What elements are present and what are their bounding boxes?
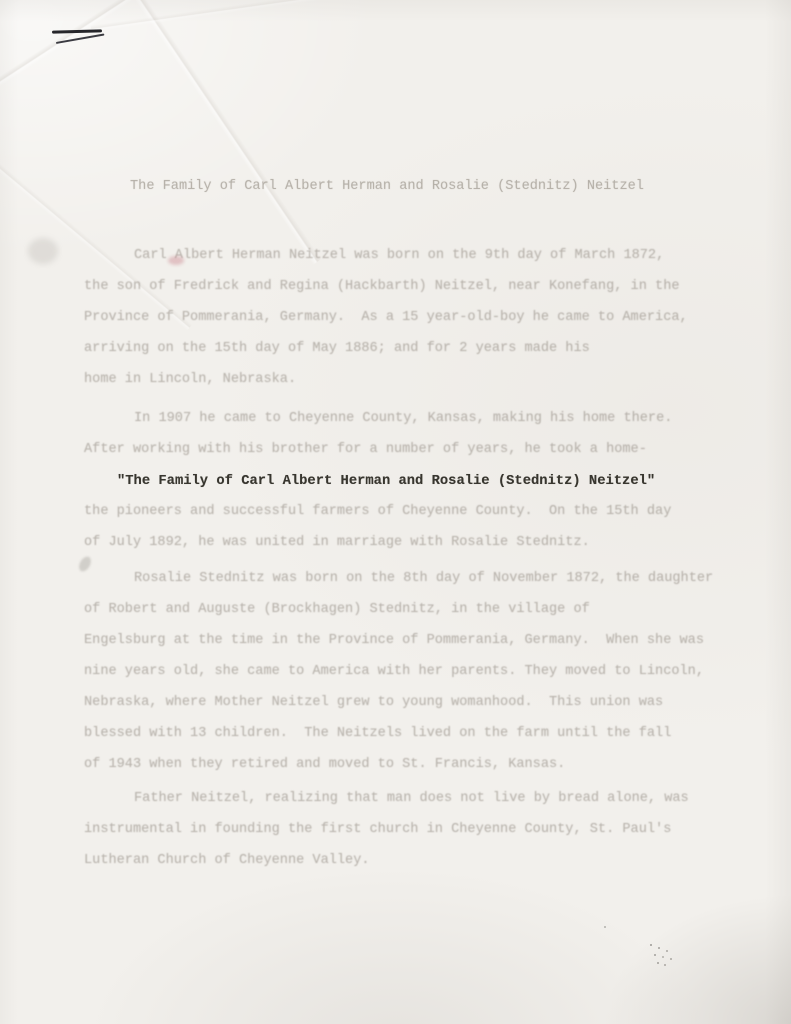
faint-line: arriving on the 15th day of May 1886; an… bbox=[84, 333, 764, 364]
faint-page-title: The Family of Carl Albert Herman and Ros… bbox=[130, 175, 644, 199]
scanned-document-page: The Family of Carl Albert Herman and Ros… bbox=[0, 0, 791, 1024]
faint-line: Lutheran Church of Cheyenne Valley. bbox=[84, 845, 764, 876]
faint-line: Engelsburg at the time in the Province o… bbox=[84, 625, 764, 656]
faint-paragraph: Father Neitzel, realizing that man does … bbox=[84, 783, 764, 876]
faint-line: of 1943 when they retired and moved to S… bbox=[84, 749, 764, 780]
faint-paragraph: Carl Albert Herman Neitzel was born on t… bbox=[84, 240, 764, 395]
stamped-title: "The Family of Carl Albert Herman and Ro… bbox=[117, 471, 655, 493]
faint-line: Carl Albert Herman Neitzel was born on t… bbox=[84, 240, 764, 271]
pen-mark bbox=[56, 34, 105, 44]
faint-line: Rosalie Stednitz was born on the 8th day… bbox=[84, 563, 764, 594]
ink-speckles bbox=[650, 944, 652, 946]
faint-line: Province of Pommerania, Germany. As a 15… bbox=[84, 302, 764, 333]
faint-paragraph: Rosalie Stednitz was born on the 8th day… bbox=[84, 563, 764, 780]
faint-line: the son of Fredrick and Regina (Hackbart… bbox=[84, 271, 764, 302]
paper-crease bbox=[129, 0, 322, 265]
faint-line: Nebraska, where Mother Neitzel grew to y… bbox=[84, 687, 764, 718]
paper-crease bbox=[91, 0, 340, 32]
faint-line: blessed with 13 children. The Neitzels l… bbox=[84, 718, 764, 749]
paper-crease bbox=[0, 0, 166, 93]
faint-line: After working with his brother for a num… bbox=[84, 434, 764, 465]
faint-line: In 1907 he came to Cheyenne County, Kans… bbox=[84, 403, 764, 434]
faint-line: the pioneers and successful farmers of C… bbox=[84, 496, 764, 527]
gray-smudge bbox=[28, 238, 58, 264]
red-ink-smudge bbox=[168, 256, 184, 265]
faint-line: home in Lincoln, Nebraska. bbox=[84, 364, 764, 395]
faint-line: nine years old, she came to America with… bbox=[84, 656, 764, 687]
faint-line: of July 1892, he was united in marriage … bbox=[84, 527, 764, 558]
pen-mark bbox=[52, 29, 102, 33]
faint-body: Carl Albert Herman Neitzel was born on t… bbox=[84, 240, 764, 876]
faint-line: of Robert and Auguste (Brockhagen) Stedn… bbox=[84, 594, 764, 625]
faint-line: Father Neitzel, realizing that man does … bbox=[84, 783, 764, 814]
faint-line: instrumental in founding the first churc… bbox=[84, 814, 764, 845]
